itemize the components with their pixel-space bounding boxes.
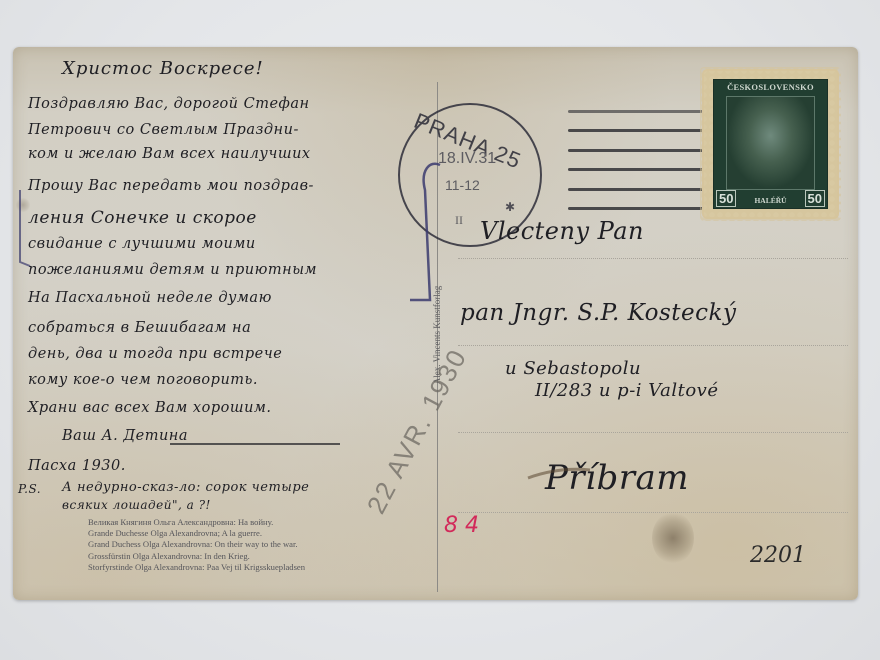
address-rule — [458, 345, 848, 346]
star-icon: ✱ — [505, 200, 515, 214]
postscript-label: P.S. — [18, 482, 41, 496]
message-line: пожеланиями детям и приютным — [28, 262, 317, 278]
postmark-date: 18.IV.31 — [438, 150, 496, 168]
message-line: кому кое-о чем поговорить. — [28, 372, 258, 388]
caption-line: Grand Duchess Olga Alexandrovna: On thei… — [88, 539, 305, 550]
message-line: ком и желаю Вам всех наилучших — [28, 146, 311, 162]
stamp-value: 50 — [805, 190, 825, 207]
message-line: день, два и тогда при встрече — [28, 346, 282, 362]
postage-stamp: ČESKOSLOVENSKO 50 HALÉŘŮ 50 — [704, 71, 837, 217]
message-line: Поздравляю Вас, дорогой Стефан — [28, 96, 310, 112]
address-rule — [458, 512, 848, 513]
message-line: Храни вас всех Вам хорошим. — [28, 400, 272, 416]
address-street-2: II/283 u p-i Valtové — [535, 380, 719, 401]
stamp-face: ČESKOSLOVENSKO 50 HALÉŘŮ 50 — [713, 79, 828, 209]
red-pencil-mark: 8 4 — [444, 513, 479, 538]
message-line: собраться в Бешибагам на — [28, 320, 251, 336]
greeting: Христос Воскресе! — [62, 58, 264, 79]
address-rule — [458, 432, 848, 433]
address-name: pan Jngr. S.P. Kostecký — [460, 300, 736, 326]
postmark-series: II — [455, 213, 463, 228]
message-line: свидание с лучшими моими — [28, 236, 256, 252]
message-line: Прошу Вас передать мои поздрав- — [28, 178, 314, 194]
caption-line: Storfyrstinde Olga Alexandrovna: Paa Vej… — [88, 562, 305, 573]
message-line: Ваш А. Детина — [62, 428, 188, 444]
place-date: Пасха 1930. — [28, 458, 126, 474]
stain — [652, 512, 694, 564]
postmark-time: 11-12 — [445, 177, 480, 193]
postscript-line: А недурно-сказ-ло: сорок четыре — [62, 480, 309, 495]
address-salutation: Vlecteny Pan — [480, 217, 644, 245]
message-line: ления Сонечке и скорое — [28, 208, 257, 228]
caption-line: Великая Княгиня Ольга Александровна: На … — [88, 517, 305, 528]
address-street-1: u Sebastopolu — [505, 358, 641, 379]
address-city: Příbram — [545, 458, 689, 498]
message-line: На Пасхальной неделе думаю — [28, 290, 272, 306]
portrait-icon — [726, 96, 815, 190]
caption-line: Grande Duchesse Olga Alexandrovna; A la … — [88, 528, 305, 539]
address-rule — [458, 258, 848, 259]
archive-number: 2201 — [750, 543, 806, 568]
stamp-country: ČESKOSLOVENSKO — [714, 82, 827, 92]
message-line: Петрович со Светлым Праздни- — [28, 122, 299, 138]
postscript-line: всяких лошадей", а ?! — [62, 498, 211, 512]
caption-line: Grossfürstin Olga Alexandrovna: In den K… — [88, 551, 305, 562]
printed-captions: Великая Княгиня Ольга Александровна: На … — [88, 517, 305, 573]
